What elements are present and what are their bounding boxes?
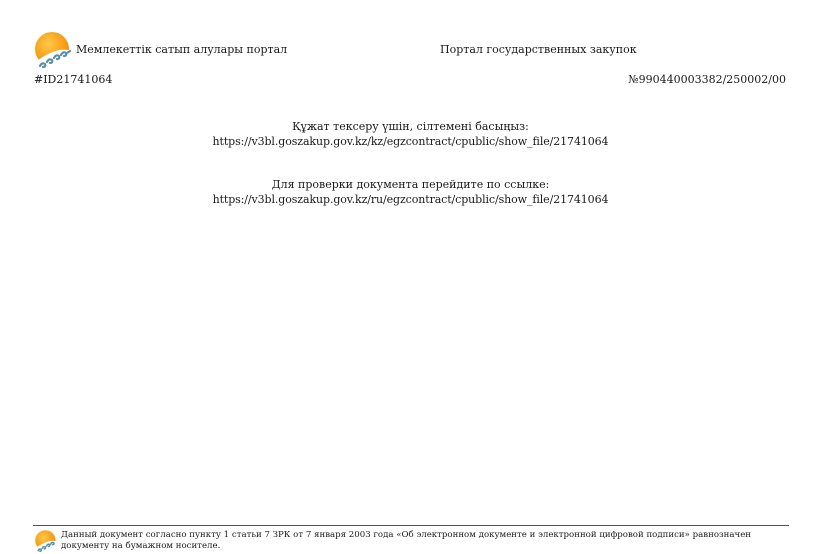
- document-id: #ID21741064: [34, 73, 112, 86]
- verification-link-ru[interactable]: https://v3bl.goszakup.gov.kz/ru/egzcontr…: [0, 192, 821, 207]
- document-number: №990440003382/250002/00: [628, 73, 786, 86]
- goszakup-logo-icon: [33, 31, 73, 69]
- verification-instruction-kz: Құжат тексеру үшін, сілтемені басыңыз:: [292, 120, 529, 133]
- verification-instruction-ru: Для проверки документа перейдите по ссыл…: [272, 178, 550, 191]
- verification-kz: Құжат тексеру үшін, сілтемені басыңыз: h…: [0, 119, 821, 149]
- footer-divider: [33, 525, 789, 526]
- footer-legal-notice: Данный документ согласно пункту 1 статьи…: [61, 530, 791, 552]
- portal-name-ru: Портал государственных закупок: [440, 43, 637, 56]
- verification-ru: Для проверки документа перейдите по ссыл…: [0, 177, 821, 207]
- portal-name-kz: Мемлекеттік сатып алулары портал: [76, 43, 287, 56]
- verification-link-kz[interactable]: https://v3bl.goszakup.gov.kz/kz/egzcontr…: [0, 134, 821, 149]
- goszakup-footer-logo-icon: [34, 529, 58, 553]
